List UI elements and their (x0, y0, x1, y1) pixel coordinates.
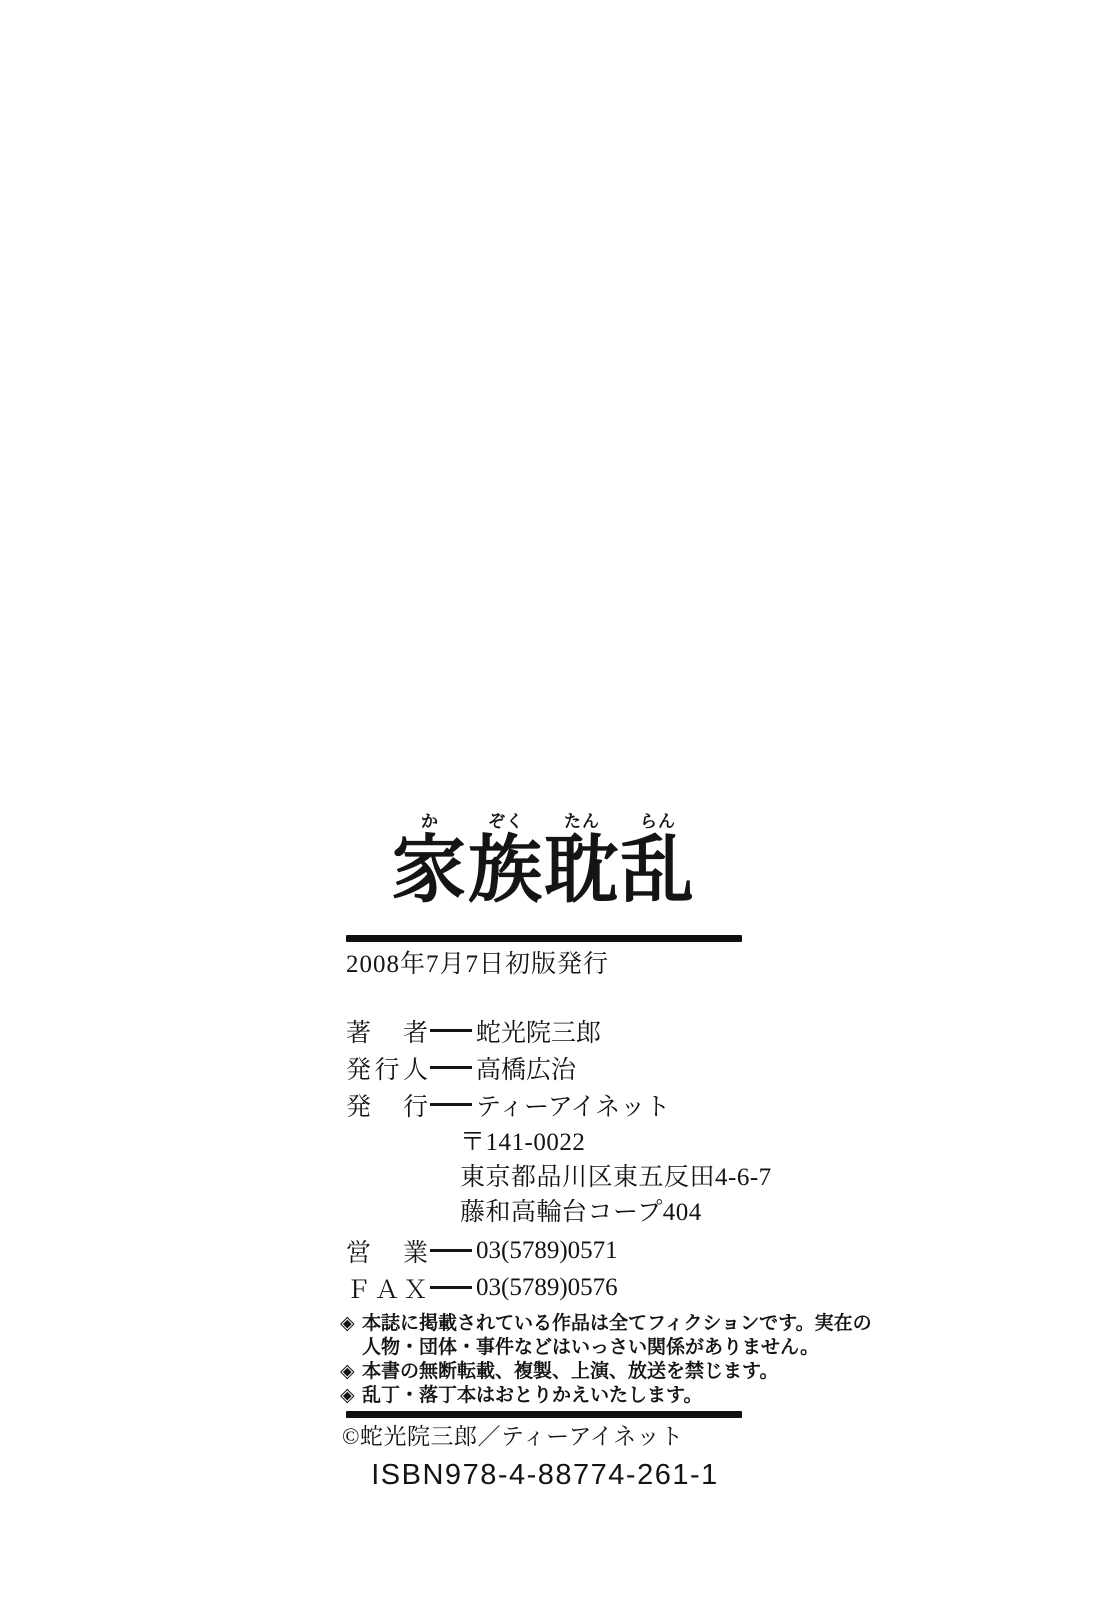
contact-label-fax: ＦＡＸ (346, 1270, 428, 1306)
note-reproduction-prohibited: ◈本書の無断転載、複製、上演、放送を禁じます。 (340, 1360, 744, 1384)
contact-value-fax-phone: 03(5789)0576 (474, 1274, 618, 1302)
credit-label-author: 著者 (346, 1013, 428, 1049)
furigana-2: ぞく (468, 812, 544, 831)
credit-value-publisher: ティーアイネット (474, 1087, 670, 1123)
dash-connector (430, 1103, 472, 1106)
contact-value-sales-phone: 03(5789)0571 (474, 1237, 618, 1265)
diamond-bullet-icon: ◈ (340, 1384, 362, 1408)
credit-label-publisher: 発行 (346, 1087, 428, 1123)
address-line-2: 藤和高輪台コープ404 (460, 1195, 744, 1230)
credit-row-publisher: 発行 ティーアイネット (346, 1086, 744, 1123)
dash-connector (430, 1066, 472, 1069)
copyright-line: ©蛇光院三郎／ティーアイネット (342, 1422, 744, 1452)
credit-label-publisher-person: 発行人 (346, 1050, 428, 1086)
furigana-4: らん (620, 812, 696, 831)
note-text: 本誌に掲載されている作品は全てフィクションです。実在の (362, 1313, 872, 1334)
dash-connector (430, 1249, 472, 1252)
note-text: 本書の無断転載、複製、上演、放送を禁じます。 (362, 1361, 778, 1382)
title-divider-rule (346, 935, 742, 942)
contact-row-fax: ＦＡＸ 03(5789)0576 (346, 1269, 744, 1306)
footer-divider-rule (346, 1411, 742, 1418)
credit-value-publisher-person: 高橋広治 (474, 1050, 576, 1086)
furigana-1: か (392, 812, 468, 831)
contacts-section: 営業 03(5789)0571 ＦＡＸ 03(5789)0576 (346, 1232, 744, 1306)
publisher-address: 〒141-0022 東京都品川区東五反田4-6-7 藤和高輪台コープ404 (346, 1125, 744, 1230)
note-defective-copies: ◈乱丁・落丁本はおとりかえいたします。 (340, 1384, 744, 1408)
title-char-3: 耽たん (544, 830, 620, 912)
contact-row-sales: 営業 03(5789)0571 (346, 1232, 744, 1269)
title-char-2: 族ぞく (468, 830, 544, 912)
edition-date: 2008年7月7日初版発行 (346, 948, 744, 982)
address-line-1: 東京都品川区東五反田4-6-7 (460, 1160, 744, 1195)
isbn-number: ISBN978-4-88774-261-1 (346, 1458, 744, 1492)
furigana-3: たん (544, 812, 620, 831)
dash-connector (430, 1286, 472, 1289)
diamond-bullet-icon: ◈ (340, 1360, 362, 1384)
credit-row-publisher-person: 発行人 高橋広治 (346, 1049, 744, 1086)
note-fiction-disclaimer: ◈本誌に掲載されている作品は全てフィクションです。実在の (340, 1312, 744, 1336)
legal-notes: ◈本誌に掲載されている作品は全てフィクションです。実在の 人物・団体・事件などは… (340, 1312, 744, 1408)
credits-section: 著者 蛇光院三郎 発行人 高橋広治 発行 ティーアイネット (346, 1012, 744, 1123)
diamond-bullet-icon: ◈ (340, 1312, 362, 1336)
note-text: 人物・団体・事件などはいっさい関係がありません。 (362, 1337, 819, 1358)
book-title: 家か族ぞく耽たん乱らん (346, 812, 744, 918)
contact-label-sales: 営業 (346, 1233, 428, 1269)
title-char-1: 家か (392, 830, 468, 912)
postal-code: 〒141-0022 (460, 1125, 744, 1160)
colophon-block: 家か族ぞく耽たん乱らん 2008年7月7日初版発行 著者 蛇光院三郎 発行人 高… (346, 812, 744, 1492)
credit-row-author: 著者 蛇光院三郎 (346, 1012, 744, 1049)
dash-connector (430, 1029, 472, 1032)
note-text: 乱丁・落丁本はおとりかえいたします。 (362, 1385, 702, 1406)
credit-value-author: 蛇光院三郎 (474, 1013, 601, 1049)
note-fiction-disclaimer-cont: 人物・団体・事件などはいっさい関係がありません。 (340, 1336, 744, 1360)
title-char-4: 乱らん (620, 830, 696, 912)
colophon-page: 家か族ぞく耽たん乱らん 2008年7月7日初版発行 著者 蛇光院三郎 発行人 高… (0, 0, 1108, 1600)
